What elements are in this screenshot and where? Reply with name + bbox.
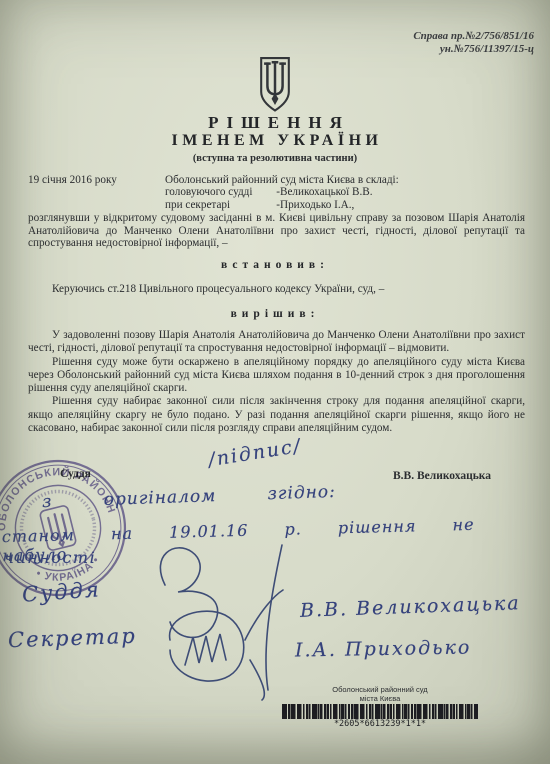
court-name-line: Оболонський районний суд міста Києва в с… xyxy=(165,174,525,186)
pen-signatures xyxy=(140,530,300,705)
established-heading: встановив: xyxy=(0,259,550,271)
secretary-role: при секретарі xyxy=(165,199,230,211)
judge-name: Великохацької В.В. xyxy=(280,186,373,198)
secretary-signature-loop xyxy=(170,611,244,681)
decision-paragraph: У задоволенні позову Шарія Анатолія Анат… xyxy=(28,329,525,356)
decision-date: 19 січня 2016 року xyxy=(28,174,117,186)
judge-role: головуючого судді xyxy=(165,186,252,198)
document-subtitle: (вступна та резолютивна частини) xyxy=(0,153,550,164)
handwritten-judge-label: Суддя xyxy=(21,577,101,606)
judge-signature-stroke xyxy=(160,548,217,638)
barcode-bars xyxy=(282,704,478,719)
ukraine-trident-icon xyxy=(252,56,298,114)
handwritten-secretary-label: Секретар xyxy=(8,624,138,652)
barcode-number: *2605*6613239*1*1* xyxy=(282,719,478,729)
case-number-line: Справа пр.№2/756/851/16 xyxy=(413,30,534,43)
judge-name-typed: В.В. Великохацька xyxy=(393,470,491,482)
secretary-name: Приходько І.А., xyxy=(280,199,354,211)
barcode-block: Оболонський районний суд міста Києва *26… xyxy=(282,686,478,729)
document-title-line1: РІШЕННЯ xyxy=(0,113,550,133)
decision-paragraph: Рішення суду може бути оскаржено в апеля… xyxy=(28,356,525,396)
handwritten-secretary-name: І.А. Приходько xyxy=(295,636,472,661)
decided-heading: вирішив: xyxy=(0,308,550,320)
court-decision-scan: Справа пр.№2/756/851/16 ун.№756/11397/15… xyxy=(0,0,550,764)
registry-number-line: ун.№756/11397/15-ц xyxy=(413,43,534,56)
decision-body: У задоволенні позову Шарія Анатолія Анат… xyxy=(28,329,525,435)
case-description: розглянувши у відкритому судовому засіда… xyxy=(28,212,525,249)
judge-line: головуючого судді - Великохацької В.В. xyxy=(165,186,525,198)
intro-section: 19 січня 2016 року Оболонський районний … xyxy=(28,174,525,249)
established-text: Керуючись ст.218 Цивільного процесуально… xyxy=(28,283,525,295)
decision-paragraph: Рішення суду набирає законної сили після… xyxy=(28,395,525,435)
case-numbers: Справа пр.№2/756/851/16 ун.№756/11397/15… xyxy=(413,30,534,56)
handwritten-judge-name: В.В. Великохацька xyxy=(300,592,521,622)
handwritten-signature-note: /підпис/ xyxy=(207,435,304,471)
certification-line: чинності xyxy=(4,548,96,567)
secretary-signature-zigzag xyxy=(185,634,226,665)
court-composition: Оболонський районний суд міста Києва в с… xyxy=(165,174,525,211)
barcode-label-line2: міста Києва xyxy=(282,695,478,704)
secretary-line: при секретарі - Приходько І.А., xyxy=(165,199,525,211)
document-title-line2: ІМЕНЕМ УКРАЇНИ xyxy=(0,132,550,150)
